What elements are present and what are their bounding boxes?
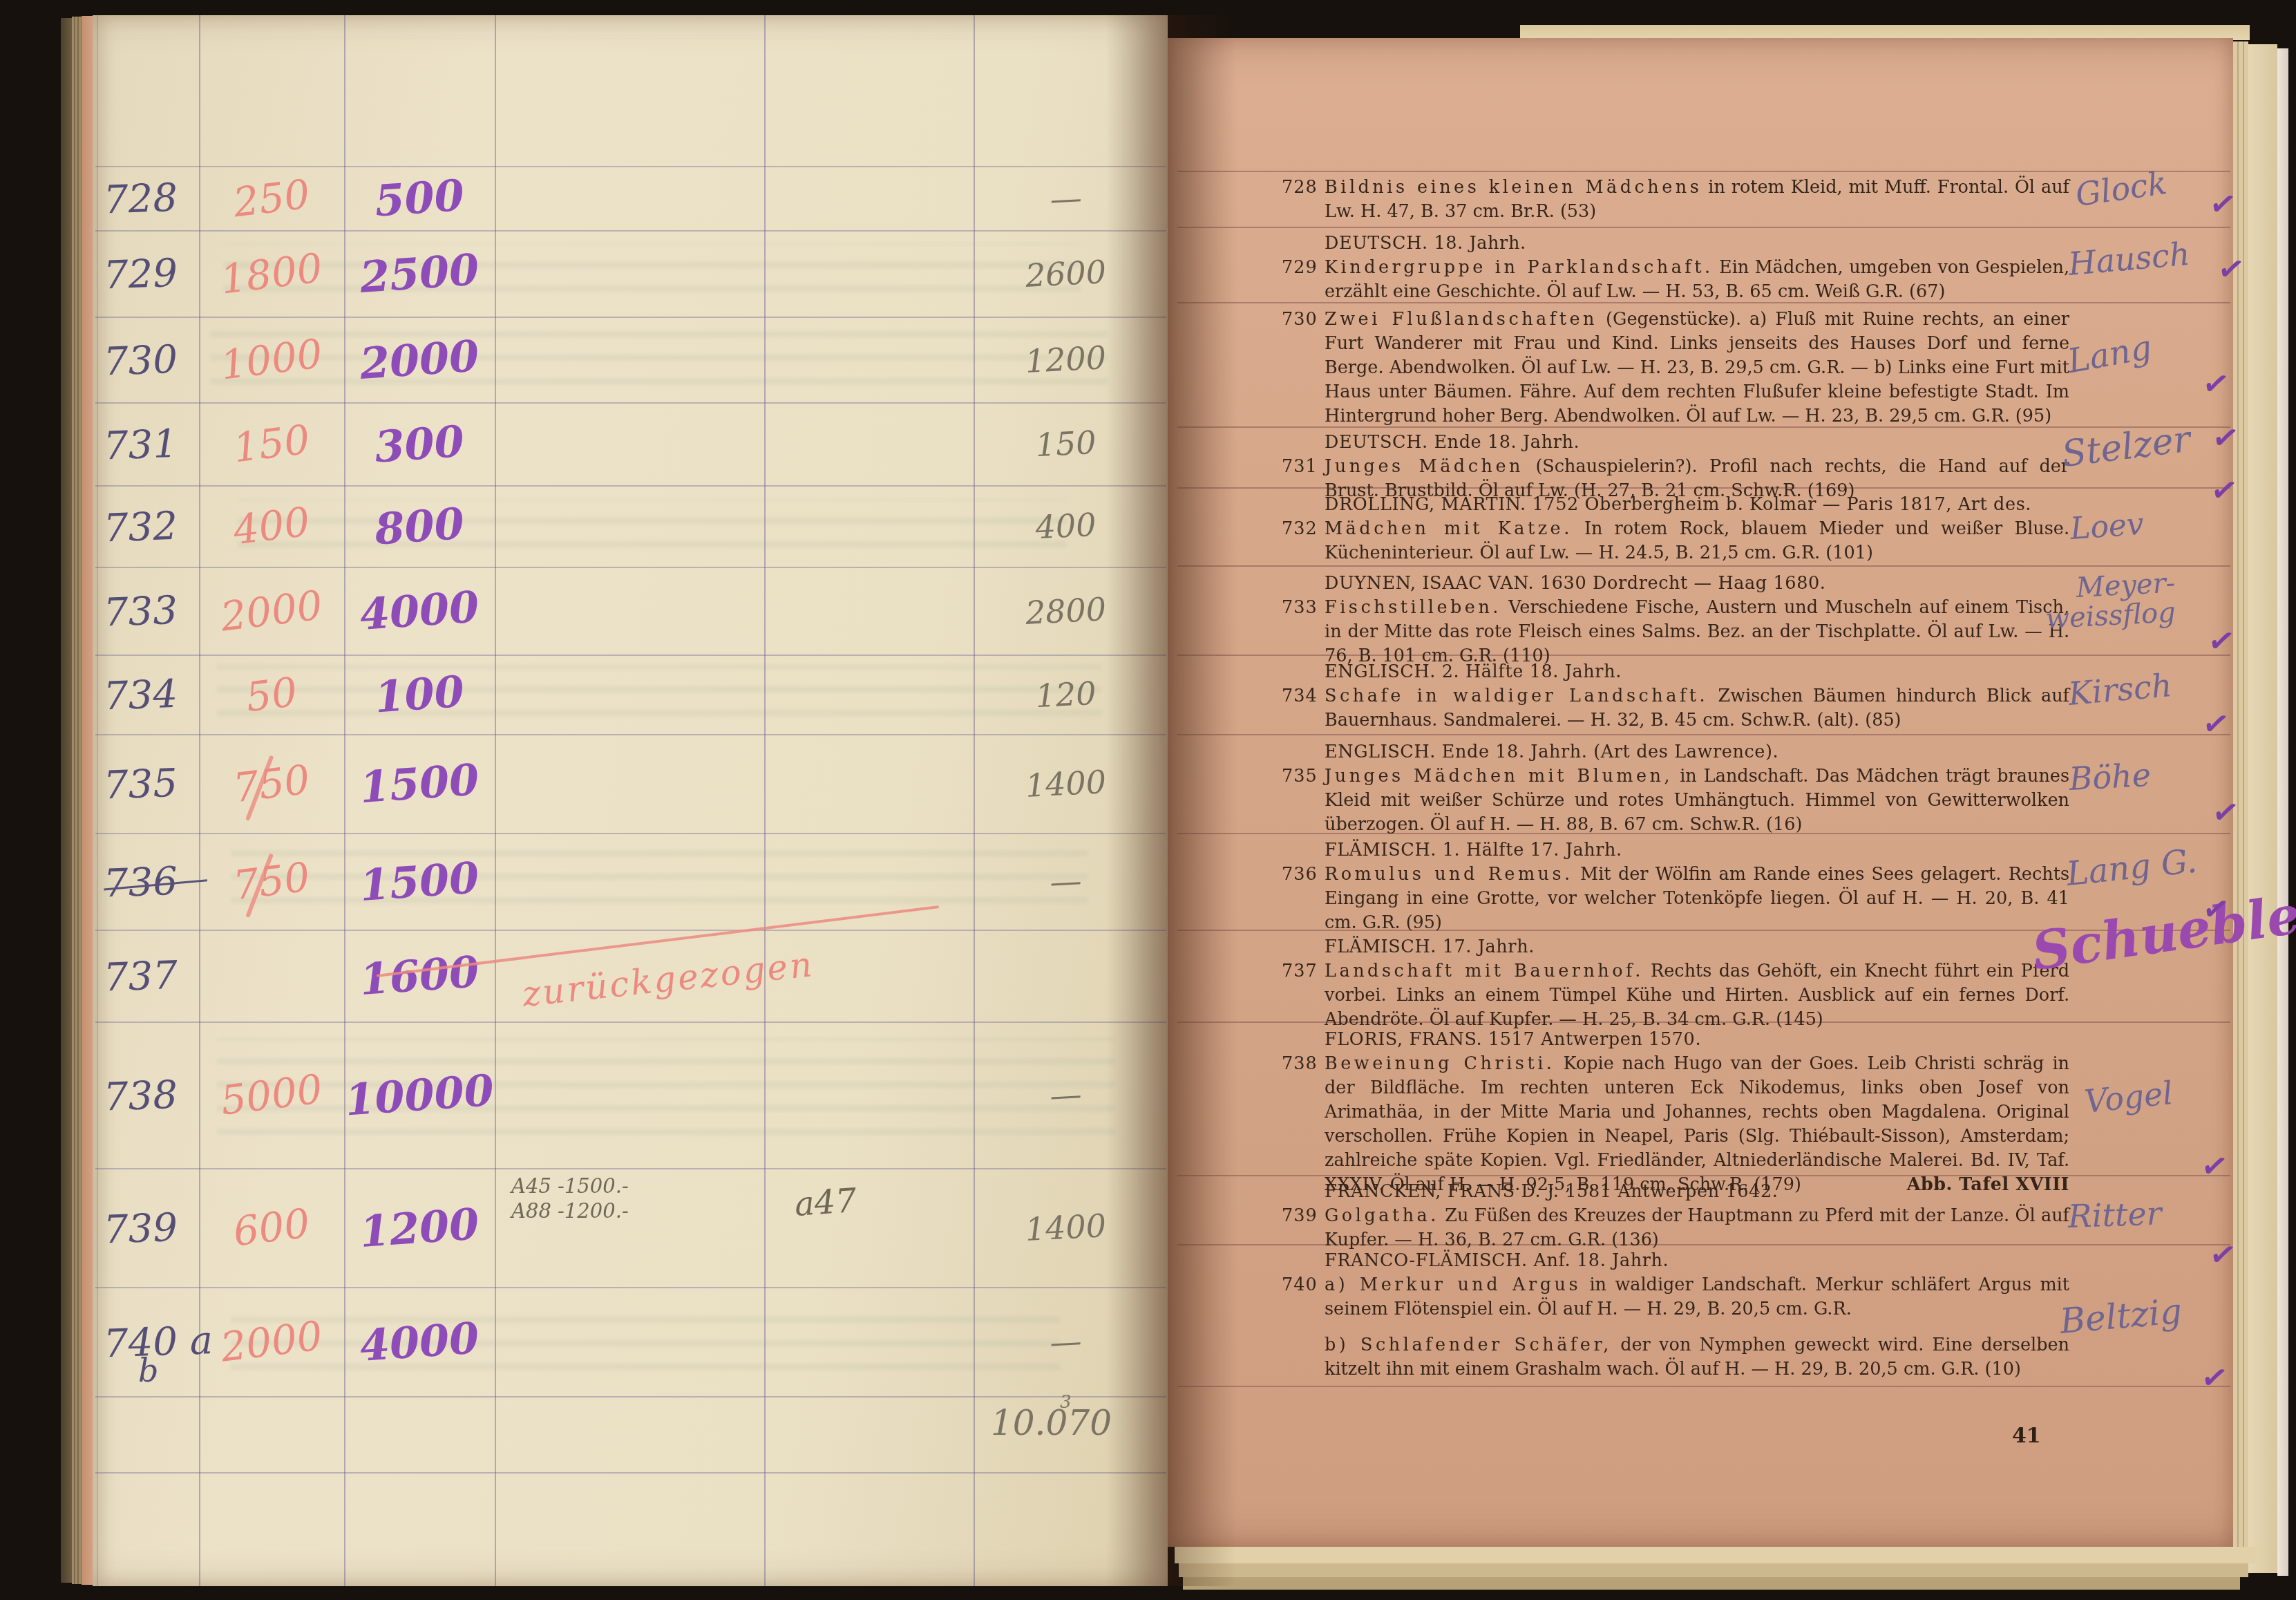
- entry-number: 739: [1282, 1204, 1320, 1228]
- entry-number: 728: [1282, 176, 1320, 200]
- ledger-row: 730 1000 2000 1200: [93, 317, 1168, 402]
- page-stack-edge-right: [2277, 48, 2288, 1576]
- catalog-entry: DUYNEN, ISAAC VAN. 1630 Dordrecht — Haag…: [1325, 572, 2069, 668]
- buyer-name: Vogel: [2082, 1074, 2174, 1120]
- ledger-row: 738 5000 10000 —: [93, 1022, 1168, 1168]
- result-value: 1400: [971, 1163, 1161, 1292]
- entry-header: FLÄMISCH. 1. Hälfte 17. Jahrh.: [1325, 838, 2069, 863]
- result-value: 2600: [971, 225, 1160, 321]
- entry-title: Bildnis eines kleinen Mädchens: [1325, 177, 1702, 198]
- limit-price: 2500: [341, 225, 497, 322]
- page-stack-edge-left: [72, 17, 82, 1584]
- buyer-name: Ritter: [2067, 1194, 2162, 1235]
- limit-price: 800: [341, 480, 497, 572]
- ledger-row: 728 250 500 —: [93, 166, 1168, 230]
- book-scan: { "book": { "page_number": "41" }, "ledg…: [0, 0, 2296, 1600]
- catalog-entry: DROLLING, MARTIN. 1752 Oberbergheim b. K…: [1325, 493, 2069, 565]
- limit-price: 2000: [341, 312, 497, 408]
- entry-title: a) Merkur und Argus: [1325, 1274, 1581, 1295]
- page-stack-edge-right: [2248, 44, 2277, 1573]
- buyer-name: Beltzig: [2058, 1291, 2183, 1342]
- entry-title: Fischstilleben.: [1325, 597, 1501, 618]
- entry-header: DROLLING, MARTIN. 1752 Oberbergheim b. K…: [1325, 493, 2069, 517]
- result-value: —: [970, 1017, 1162, 1173]
- entry-body: Golgatha. Zu Füßen des Kreuzes der Haupt…: [1325, 1204, 2069, 1252]
- result-value: [971, 925, 1161, 1026]
- entry-title-2: b) Schlafender Schäfer,: [1325, 1335, 1612, 1355]
- entry-header: ENGLISCH. Ende 18. Jahrh. (Art des Lawre…: [1325, 740, 2069, 764]
- entry-body: Kindergruppe in Parklandschaft. Ein Mädc…: [1325, 256, 2069, 304]
- reserve-price-struck: 750: [193, 825, 349, 939]
- ledger-row: 733 2000 4000 2800: [93, 567, 1168, 655]
- limit-price: 100: [341, 650, 497, 740]
- total-sum: 10.070 3: [991, 1403, 1112, 1443]
- entry-number: 733: [1282, 596, 1320, 620]
- ledger-page: 728 250 500 — 729 1800 2500 2600 730 100…: [93, 15, 1168, 1586]
- entry-number: 737: [1282, 959, 1320, 983]
- ledger-row: 729 1800 2500 2600: [93, 230, 1168, 317]
- entry-body: Zwei Flußlandschaften (Gegenstücke). a) …: [1325, 308, 2069, 429]
- ruled-line: [1177, 227, 2230, 228]
- ledger-row: 735 750 1500 1400: [93, 734, 1168, 833]
- catalog-entry: 728 Bildnis eines kleinen Mädchens in ro…: [1325, 176, 2069, 224]
- pencil-code: a47: [793, 1181, 857, 1224]
- result-value: —: [971, 828, 1161, 934]
- entry-body: Romulus und Remus. Mit der Wölfin am Ran…: [1325, 863, 2069, 935]
- buyer-name-line2: weissflog: [2045, 596, 2176, 635]
- entry-body: a) Merkur und Argus in waldiger Landscha…: [1325, 1273, 2069, 1321]
- ledger-row: 734 50 100 120: [93, 655, 1168, 734]
- buyer-name: Lang: [2065, 328, 2154, 381]
- entry-header: FRANCO-FLÄMISCH. Anf. 18. Jahrh.: [1325, 1249, 2069, 1273]
- catalog-entry: FRANCKEN, FRANS D. J. 1581 Antwerpen 164…: [1325, 1180, 2069, 1252]
- entry-title: Zwei Flußlandschaften: [1325, 309, 1597, 330]
- ruled-line: [1177, 171, 2230, 172]
- entry-number: 730: [1282, 308, 1320, 332]
- buyer-name: Loev: [2069, 507, 2145, 547]
- entry-header: DUYNEN, ISAAC VAN. 1630 Dordrecht — Haag…: [1325, 572, 2069, 596]
- entry-title: Romulus und Remus.: [1325, 864, 1573, 885]
- entry-title: Junges Mädchen: [1325, 456, 1524, 477]
- entry-number: 736: [1282, 863, 1320, 887]
- entry-body: Junges Mädchen mit Blumen, in Landschaft…: [1325, 764, 2069, 837]
- ledger-row: 736 750 1500 —: [93, 833, 1168, 930]
- entry-title: Landschaft mit Bauernhof.: [1325, 961, 1644, 981]
- result-value: 1200: [971, 312, 1160, 407]
- entry-body-2: b) Schlafender Schäfer, der von Nymphen …: [1325, 1333, 2069, 1382]
- entry-body: Schafe in waldiger Landschaft. Zwischen …: [1325, 684, 2069, 733]
- entry-title: Schafe in waldiger Landschaft.: [1325, 686, 1708, 706]
- limit-price: 10000: [339, 1017, 500, 1174]
- entry-number: 738: [1282, 1052, 1320, 1076]
- buyer-name: Böhe: [2068, 756, 2152, 798]
- result-value: 400: [971, 480, 1160, 572]
- catalog-entry: FLÄMISCH. 1. Hälfte 17. Jahrh. 736 Romul…: [1325, 838, 2069, 935]
- reserve-price: 600: [192, 1160, 350, 1295]
- limit-price: 1200: [340, 1163, 498, 1292]
- catalog-entry: 730 Zwei Flußlandschaften (Gegenstücke).…: [1325, 308, 2069, 429]
- ledger-row: 732 400 800 400: [93, 485, 1168, 567]
- ledger-row: 739 600 1200 1400: [93, 1168, 1168, 1287]
- entry-header: FLÄMISCH. 17. Jahrh.: [1325, 935, 2069, 959]
- limit-price: 300: [341, 397, 497, 491]
- entry-title: Junges Mädchen mit Blumen,: [1325, 766, 1673, 787]
- checkmark: ✓: [2200, 703, 2232, 744]
- pencil-note-line: A45 -1500.-: [511, 1174, 629, 1198]
- result-value: 150: [971, 397, 1160, 490]
- limit-price: 1500: [341, 729, 497, 838]
- catalog-entry: FRANCO-FLÄMISCH. Anf. 18. Jahrh. 740 a) …: [1325, 1249, 2069, 1382]
- result-value: —: [972, 161, 1160, 235]
- ruled-line: [1177, 565, 2230, 567]
- entry-number: 732: [1282, 517, 1320, 541]
- pencil-note: A45 -1500.- A88 -1200.-: [511, 1174, 629, 1223]
- buyer-name: Hausch: [2067, 235, 2191, 283]
- result-value: 1400: [971, 729, 1160, 838]
- page-number: 41: [2012, 1424, 2041, 1448]
- total-value: 10.070: [991, 1403, 1112, 1443]
- reserve-price: 2000: [193, 1279, 350, 1404]
- limit-price: 4000: [341, 562, 497, 660]
- limit-price: 500: [342, 161, 497, 236]
- ledger-row: 740 a 2000 4000 —: [93, 1287, 1168, 1396]
- ruled-line: [1177, 734, 2230, 735]
- entry-body: Fischstilleben. Verschiedene Fische, Aus…: [1325, 596, 2069, 668]
- sub-lot-label: b: [138, 1352, 158, 1389]
- catalog-page: 728 Bildnis eines kleinen Mädchens in ro…: [1168, 38, 2233, 1547]
- catalog-entry: FLORIS, FRANS. 1517 Antwerpen 1570. 738 …: [1325, 1028, 2069, 1197]
- entry-number: 729: [1282, 256, 1320, 280]
- page-stack-edge-left: [61, 18, 72, 1583]
- limit-price: 1600: [341, 925, 498, 1027]
- entry-body: Landschaft mit Bauernhof. Rechts das Geh…: [1325, 959, 2069, 1032]
- reserve-price: 5000: [191, 1013, 352, 1176]
- entry-header: FLORIS, FRANS. 1517 Antwerpen 1570.: [1325, 1028, 2069, 1052]
- buyer-name: Kirsch: [2067, 666, 2173, 713]
- entry-number: 740: [1282, 1273, 1320, 1297]
- result-value: 2800: [971, 562, 1160, 659]
- limit-price: 4000: [341, 1282, 498, 1402]
- catalog-entry: ENGLISCH. 2. Hälfte 18. Jahrh. 734 Schaf…: [1325, 660, 2069, 733]
- entry-header: FRANCKEN, FRANS D. J. 1581 Antwerpen 164…: [1325, 1180, 2069, 1204]
- checkmark: ✓: [2205, 620, 2238, 661]
- entry-title: Kindergruppe in Parklandschaft.: [1325, 257, 1714, 278]
- ruled-line: [1177, 1386, 2230, 1387]
- ruled-line: [95, 1472, 1166, 1474]
- buyer-name: Lang G.: [2065, 842, 2199, 894]
- page-stack-edge-left: [82, 16, 93, 1585]
- reserve-price-struck: 750: [193, 726, 350, 842]
- catalog-entry: ENGLISCH. Ende 18. Jahrh. (Art des Lawre…: [1325, 740, 2069, 837]
- result-value: —: [971, 1282, 1161, 1401]
- checkmark: ✓: [2200, 363, 2232, 404]
- entry-number: 735: [1282, 764, 1320, 789]
- checkmark: ✓: [2199, 1145, 2231, 1187]
- limit-price: 1500: [341, 828, 497, 935]
- entry-header: ENGLISCH. 2. Hälfte 18. Jahrh.: [1325, 660, 2069, 684]
- pencil-note-line: A88 -1200.-: [511, 1198, 629, 1223]
- entry-title: Mädchen mit Katze.: [1325, 518, 1573, 539]
- checkmark: ✓: [2199, 1357, 2231, 1398]
- page-stack-edge-bottom: [1179, 1563, 2248, 1577]
- entry-number: 734: [1282, 684, 1320, 708]
- entry-body: Bildnis eines kleinen Mädchens in rotem …: [1325, 176, 2069, 224]
- catalog-entry: FLÄMISCH. 17. Jahrh. 737 Landschaft mit …: [1325, 935, 2069, 1032]
- entry-header: DEUTSCH. Ende 18. Jahrh.: [1325, 431, 2069, 455]
- result-value: 120: [971, 650, 1160, 739]
- entry-title: Beweinung Christi.: [1325, 1053, 1555, 1074]
- page-stack-edge-bottom: [1175, 1547, 2257, 1563]
- total-superscript: 3: [1060, 1392, 1072, 1413]
- entry-header: DEUTSCH. 18. Jahrh.: [1325, 232, 2069, 256]
- catalog-entry: DEUTSCH. 18. Jahrh. 729 Kindergruppe in …: [1325, 232, 2069, 304]
- page-stack-edge-bottom: [1183, 1577, 2240, 1590]
- entry-title: Golgatha.: [1325, 1205, 1439, 1226]
- entry-body: Mädchen mit Katze. In rotem Rock, blauem…: [1325, 517, 2069, 565]
- entry-number: 731: [1282, 455, 1320, 479]
- ledger-row: 731 150 300 150: [93, 402, 1168, 485]
